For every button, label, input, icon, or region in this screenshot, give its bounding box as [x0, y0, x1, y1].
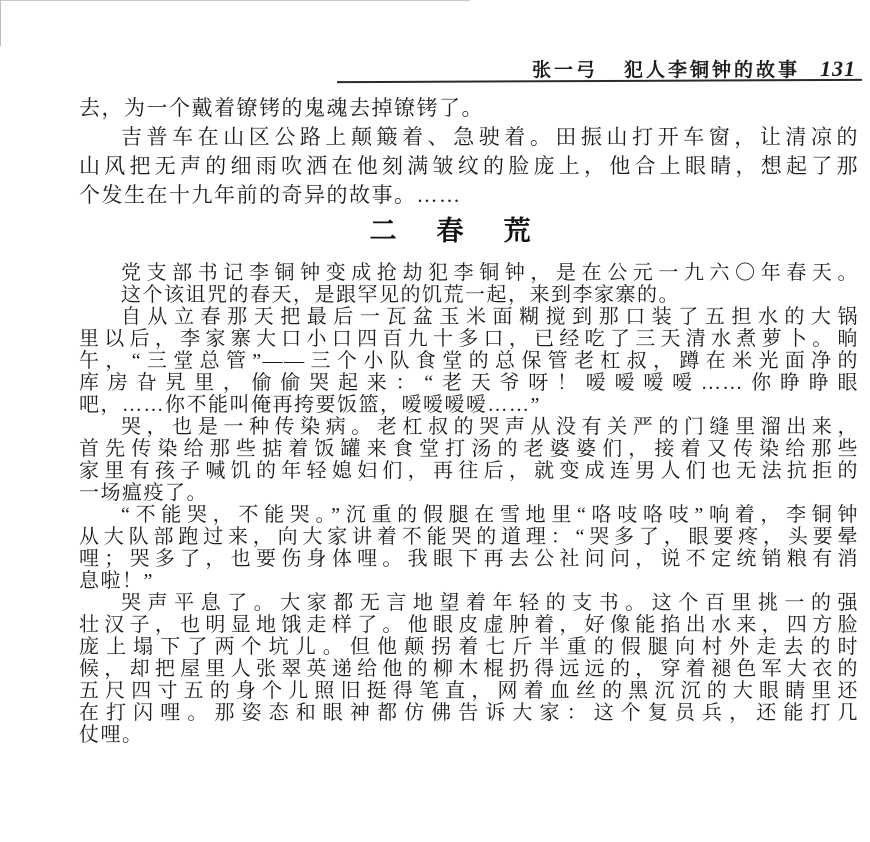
text-line: 吉普车在山区公路上颠簸着、急驶着。田振山打开车窗，让清凉的	[79, 123, 859, 152]
author-name: 张一弓	[532, 55, 598, 82]
scanned-book-page: 张一弓 犯人李铜钟的故事 131 去，为一个戴着镣铐的鬼魂去掉镣铐了。吉普车在山…	[0, 0, 870, 842]
text-line: 哭，也是一种传染病。老杠叔的哭声从没有关严的门缝里溜出来，	[79, 416, 859, 438]
scan-artifact-top-edge	[0, 0, 470, 1]
text-line: “不能哭，不能哭。”沉重的假腿在雪地里“咯吱咯吱”响着，李铜钟	[79, 504, 859, 526]
running-head: 张一弓 犯人李铜钟的故事 131	[532, 55, 856, 82]
text-line: 党支部书记李铜钟变成抢劫犯李铜钟，是在公元一九六〇年春天。	[79, 262, 859, 284]
header-rule	[337, 79, 862, 83]
text-line: 首先传染给那些掂着饭罐来食堂打汤的老婆婆们，接着又传染给那些	[79, 438, 859, 460]
scan-artifact-left-edge	[0, 0, 1, 46]
text-line: 壮汉子，也明显地饿走样了。他眼皮虚肿着，好像能掐出水来，四方脸	[79, 614, 859, 636]
text-line: 在打闪哩。那姿态和眼神都仿佛告诉大家：这个复员兵，还能打几	[79, 702, 859, 724]
text-line: 库房旮旯里，偷偷哭起来：“老天爷呀！嗳嗳嗳嗳……你睁睁眼	[79, 372, 859, 394]
opening-paragraphs: 去，为一个戴着镣铐的鬼魂去掉镣铐了。吉普车在山区公路上颠簸着、急驶着。田振山打开…	[79, 94, 859, 210]
text-line: 五尺四寸五的身个儿照旧挺得笔直，网着血丝的黑沉沉的大眼睛里还	[79, 680, 859, 702]
text-line: 庞上塌下了两个坑儿。但他颠拐着七斤半重的假腿向村外走去的时	[79, 636, 859, 658]
text-line: 哩；哭多了，也要伤身体哩。我眼下再去公社问问，说不定统销粮有消	[79, 548, 859, 570]
text-line: 候，却把屋里人张翠英递给他的柳木棍扔得远远的，穿着褪色军大衣的	[79, 658, 859, 680]
text-line: 山风把无声的细雨吹洒在他刻满皱纹的脸庞上，他合上眼睛，想起了那	[79, 152, 859, 181]
chapter-body-paragraphs: 党支部书记李铜钟变成抢劫犯李铜钟，是在公元一九六〇年春天。这个该诅咒的春天，是跟…	[79, 262, 859, 746]
chapter-heading: 二春荒	[0, 208, 870, 254]
text-line: 午，“三堂总管”——三个小队食堂的总保管老杠叔，蹲在米光面净的	[79, 350, 859, 372]
text-line: 从大队部跑过来，向大家讲着不能哭的道理：“哭多了，眼要疼，头要晕	[79, 526, 859, 548]
text-line: 家里有孩子喊饥的年轻媳妇们，再往后，就变成连男人们也无法抗拒的	[79, 460, 859, 482]
story-title: 犯人李铜钟的故事	[624, 55, 800, 82]
text-line: 自从立春那天把最后一瓦盆玉米面糊搅到那口装了五担水的大锅	[79, 306, 859, 328]
text-line: 哭声平息了。大家都无言地望着年轻的支书。这个百里挑一的强	[79, 592, 859, 614]
text-line: 去，为一个戴着镣铐的鬼魂去掉镣铐了。	[79, 94, 859, 123]
text-line: 里以后，李家寨大口小口四百九十多口，已经吃了三天清水煮萝卜。晌	[79, 328, 859, 350]
